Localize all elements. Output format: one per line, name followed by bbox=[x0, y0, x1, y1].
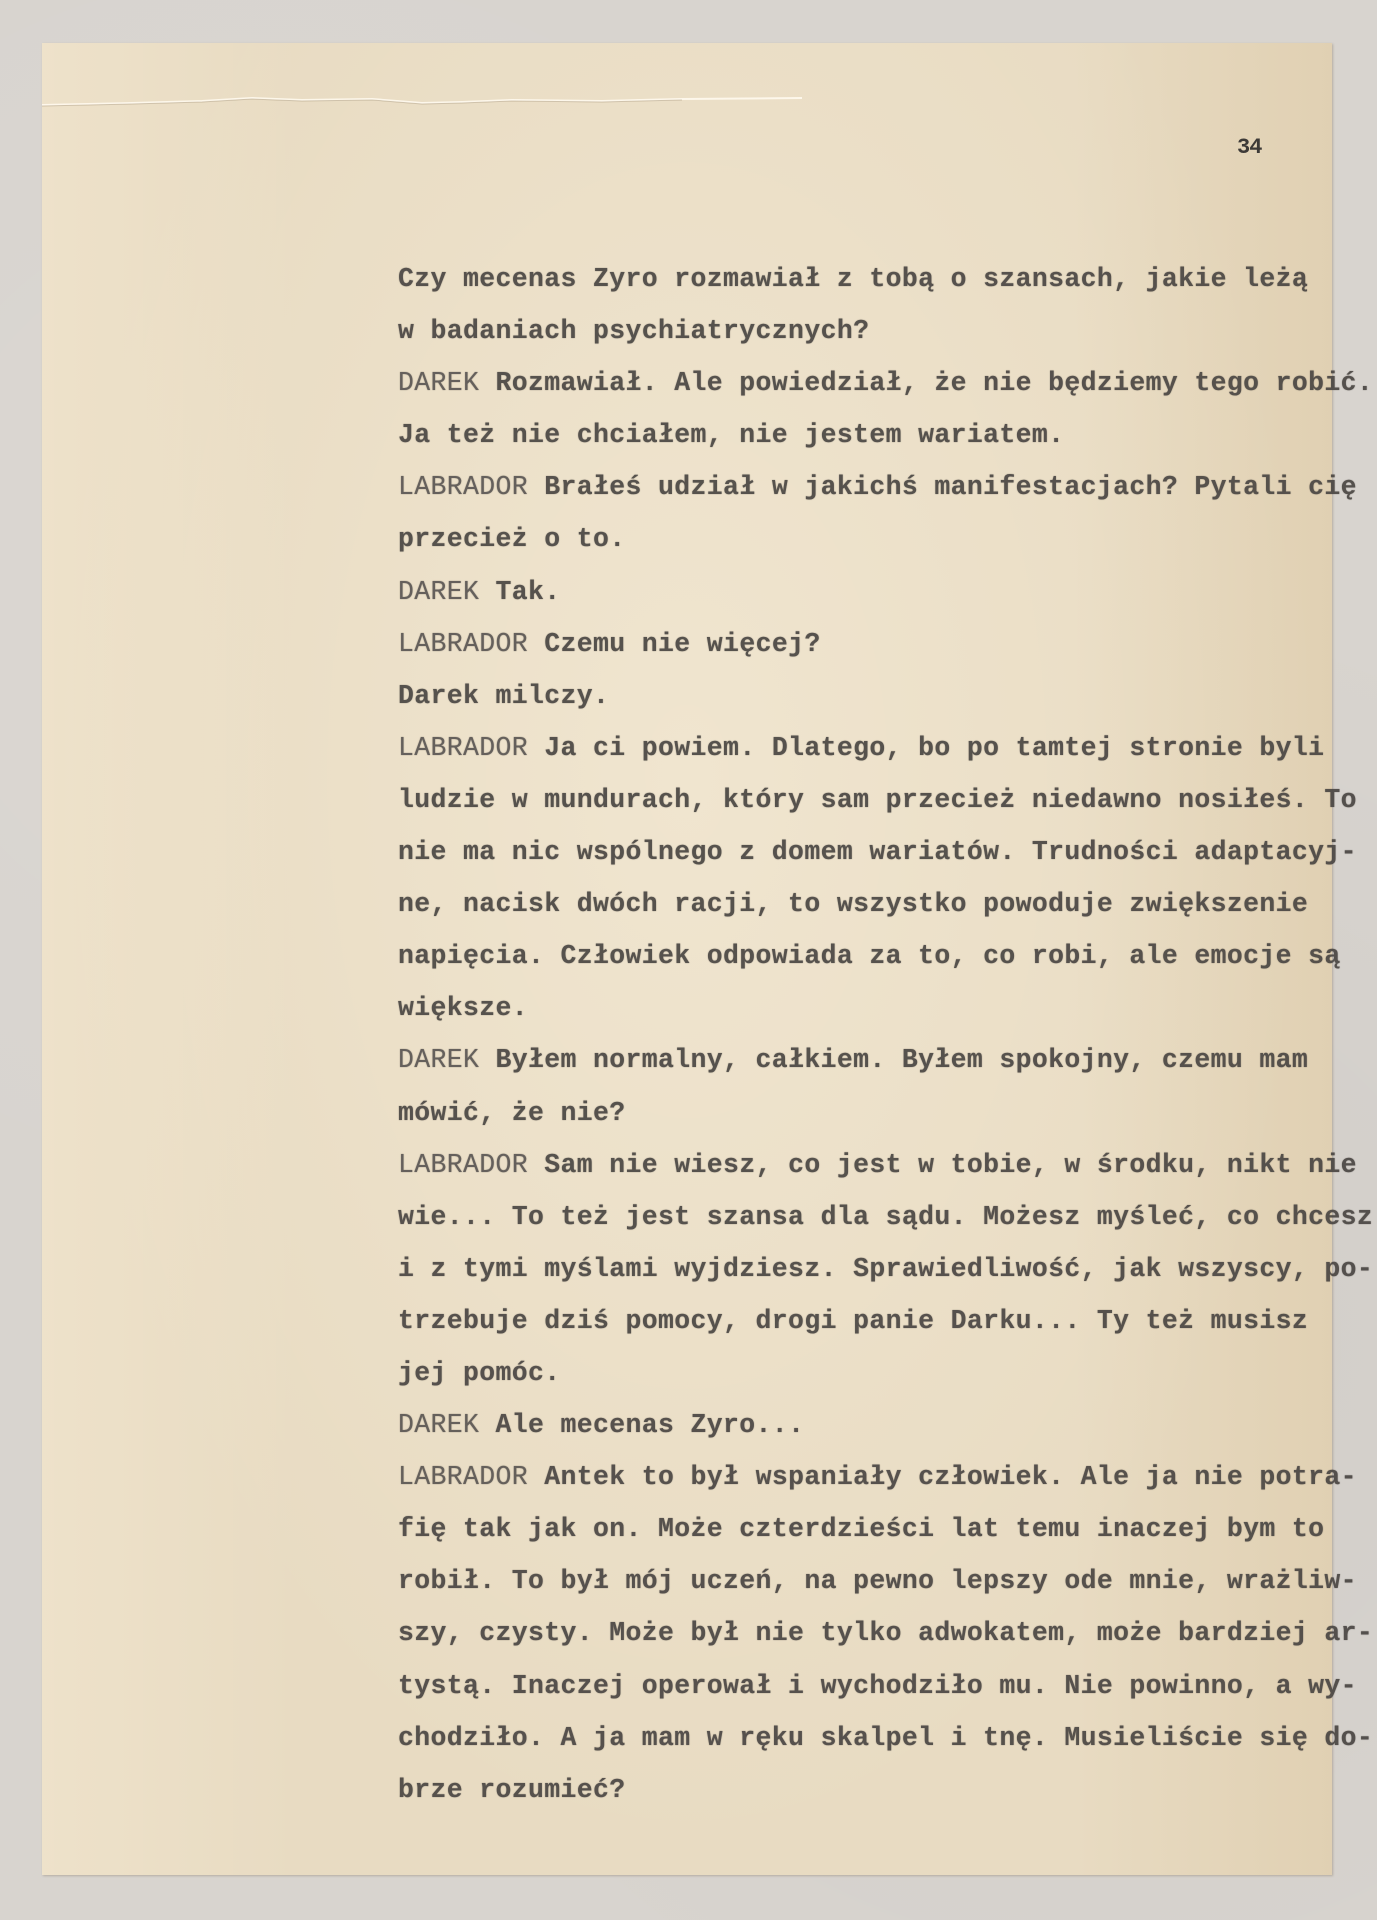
line-text: ne, nacisk dwóch racji, to wszystko powo… bbox=[398, 889, 1308, 919]
line-text: fię tak jak on. Może czterdzieści lat te… bbox=[398, 1514, 1324, 1544]
text-line: DAREK Byłem normalny, całkiem. Byłem spo… bbox=[398, 1042, 1358, 1094]
text-line: DAREK Ale mecenas Zyro... bbox=[398, 1407, 1358, 1459]
text-line: Darek milczy. bbox=[398, 678, 1358, 730]
text-line: jej pomóc. bbox=[398, 1355, 1358, 1407]
speaker-name: LABRADOR bbox=[398, 1462, 528, 1492]
text-line: DAREK Tak. bbox=[398, 574, 1358, 626]
line-text: w badaniach psychiatrycznych? bbox=[398, 316, 869, 346]
line-text: Antek to był wspaniały człowiek. Ale ja … bbox=[528, 1462, 1357, 1492]
text-line: większe. bbox=[398, 990, 1358, 1042]
speaker-name: LABRADOR bbox=[398, 629, 528, 659]
speaker-name: DAREK bbox=[398, 1045, 479, 1075]
line-text: i z tymi myślami wyjdziesz. Sprawiedliwo… bbox=[398, 1254, 1373, 1284]
text-line: LABRADOR Ja ci powiem. Dlatego, bo po ta… bbox=[398, 730, 1358, 782]
line-text: chodziło. A ja mam w ręku skalpel i tnę.… bbox=[398, 1723, 1373, 1753]
text-line: LABRADOR Brałeś udział w jakichś manifes… bbox=[398, 469, 1358, 521]
text-line: LABRADOR Czemu nie więcej? bbox=[398, 626, 1358, 678]
text-line: DAREK Rozmawiał. Ale powiedział, że nie … bbox=[398, 365, 1358, 417]
text-line: Czy mecenas Zyro rozmawiał z tobą o szan… bbox=[398, 261, 1358, 313]
text-line: nie ma nic wspólnego z domem wariatów. T… bbox=[398, 834, 1358, 886]
text-line: trzebuje dziś pomocy, drogi panie Darku.… bbox=[398, 1303, 1358, 1355]
speaker-name: LABRADOR bbox=[398, 472, 528, 502]
line-text: Darek milczy. bbox=[398, 681, 609, 711]
text-line: i z tymi myślami wyjdziesz. Sprawiedliwo… bbox=[398, 1251, 1358, 1303]
text-line: wie... To też jest szansa dla sądu. Może… bbox=[398, 1199, 1358, 1251]
text-line: LABRADOR Sam nie wiesz, co jest w tobie,… bbox=[398, 1147, 1358, 1199]
speaker-name: LABRADOR bbox=[398, 733, 528, 763]
line-text: Brałeś udział w jakichś manifestacjach? … bbox=[528, 472, 1357, 502]
speaker-name: DAREK bbox=[398, 368, 479, 398]
text-line: przecież o to. bbox=[398, 521, 1358, 573]
line-text: Ale mecenas Zyro... bbox=[479, 1410, 804, 1440]
line-text: przecież o to. bbox=[398, 524, 626, 554]
text-line: fię tak jak on. Może czterdzieści lat te… bbox=[398, 1511, 1358, 1563]
paper-crease bbox=[42, 95, 842, 109]
text-line: Ja też nie chciałem, nie jestem wariatem… bbox=[398, 417, 1358, 469]
text-line: ne, nacisk dwóch racji, to wszystko powo… bbox=[398, 886, 1358, 938]
typewritten-page: 34 Czy mecenas Zyro rozmawiał z tobą o s… bbox=[42, 43, 1332, 1875]
line-text: Czy mecenas Zyro rozmawiał z tobą o szan… bbox=[398, 264, 1308, 294]
line-text: Rozmawiał. Ale powiedział, że nie będzie… bbox=[479, 368, 1373, 398]
line-text: wie... To też jest szansa dla sądu. Może… bbox=[398, 1202, 1373, 1232]
line-text: trzebuje dziś pomocy, drogi panie Darku.… bbox=[398, 1306, 1308, 1336]
typed-text-body: Czy mecenas Zyro rozmawiał z tobą o szan… bbox=[398, 261, 1358, 1824]
line-text: Sam nie wiesz, co jest w tobie, w środku… bbox=[528, 1150, 1357, 1180]
line-text: Ja też nie chciałem, nie jestem wariatem… bbox=[398, 420, 1064, 450]
text-line: robił. To był mój uczeń, na pewno lepszy… bbox=[398, 1563, 1358, 1615]
speaker-name: DAREK bbox=[398, 577, 479, 607]
line-text: szy, czysty. Może był nie tylko adwokate… bbox=[398, 1618, 1373, 1648]
line-text: napięcia. Człowiek odpowiada za to, co r… bbox=[398, 941, 1341, 971]
line-text: Byłem normalny, całkiem. Byłem spokojny,… bbox=[479, 1045, 1308, 1075]
line-text: brze rozumieć? bbox=[398, 1775, 626, 1805]
line-text: robił. To był mój uczeń, na pewno lepszy… bbox=[398, 1566, 1357, 1596]
line-text: większe. bbox=[398, 993, 528, 1023]
text-line: napięcia. Człowiek odpowiada za to, co r… bbox=[398, 938, 1358, 990]
text-line: brze rozumieć? bbox=[398, 1772, 1358, 1824]
text-line: w badaniach psychiatrycznych? bbox=[398, 313, 1358, 365]
text-line: tystą. Inaczej operował i wychodziło mu.… bbox=[398, 1668, 1358, 1720]
speaker-name: DAREK bbox=[398, 1410, 479, 1440]
text-line: LABRADOR Antek to był wspaniały człowiek… bbox=[398, 1459, 1358, 1511]
line-text: ludzie w mundurach, który sam przecież n… bbox=[398, 785, 1357, 815]
page-number: 34 bbox=[1237, 135, 1261, 160]
line-text: Czemu nie więcej? bbox=[528, 629, 821, 659]
text-line: mówić, że nie? bbox=[398, 1095, 1358, 1147]
speaker-name: LABRADOR bbox=[398, 1150, 528, 1180]
line-text: Ja ci powiem. Dlatego, bo po tamtej stro… bbox=[528, 733, 1324, 763]
line-text: mówić, że nie? bbox=[398, 1098, 626, 1128]
line-text: Tak. bbox=[479, 577, 560, 607]
text-line: szy, czysty. Może był nie tylko adwokate… bbox=[398, 1615, 1358, 1667]
line-text: jej pomóc. bbox=[398, 1358, 561, 1388]
text-line: chodziło. A ja mam w ręku skalpel i tnę.… bbox=[398, 1720, 1358, 1772]
text-line: ludzie w mundurach, który sam przecież n… bbox=[398, 782, 1358, 834]
line-text: tystą. Inaczej operował i wychodziło mu.… bbox=[398, 1671, 1357, 1701]
line-text: nie ma nic wspólnego z domem wariatów. T… bbox=[398, 837, 1357, 867]
